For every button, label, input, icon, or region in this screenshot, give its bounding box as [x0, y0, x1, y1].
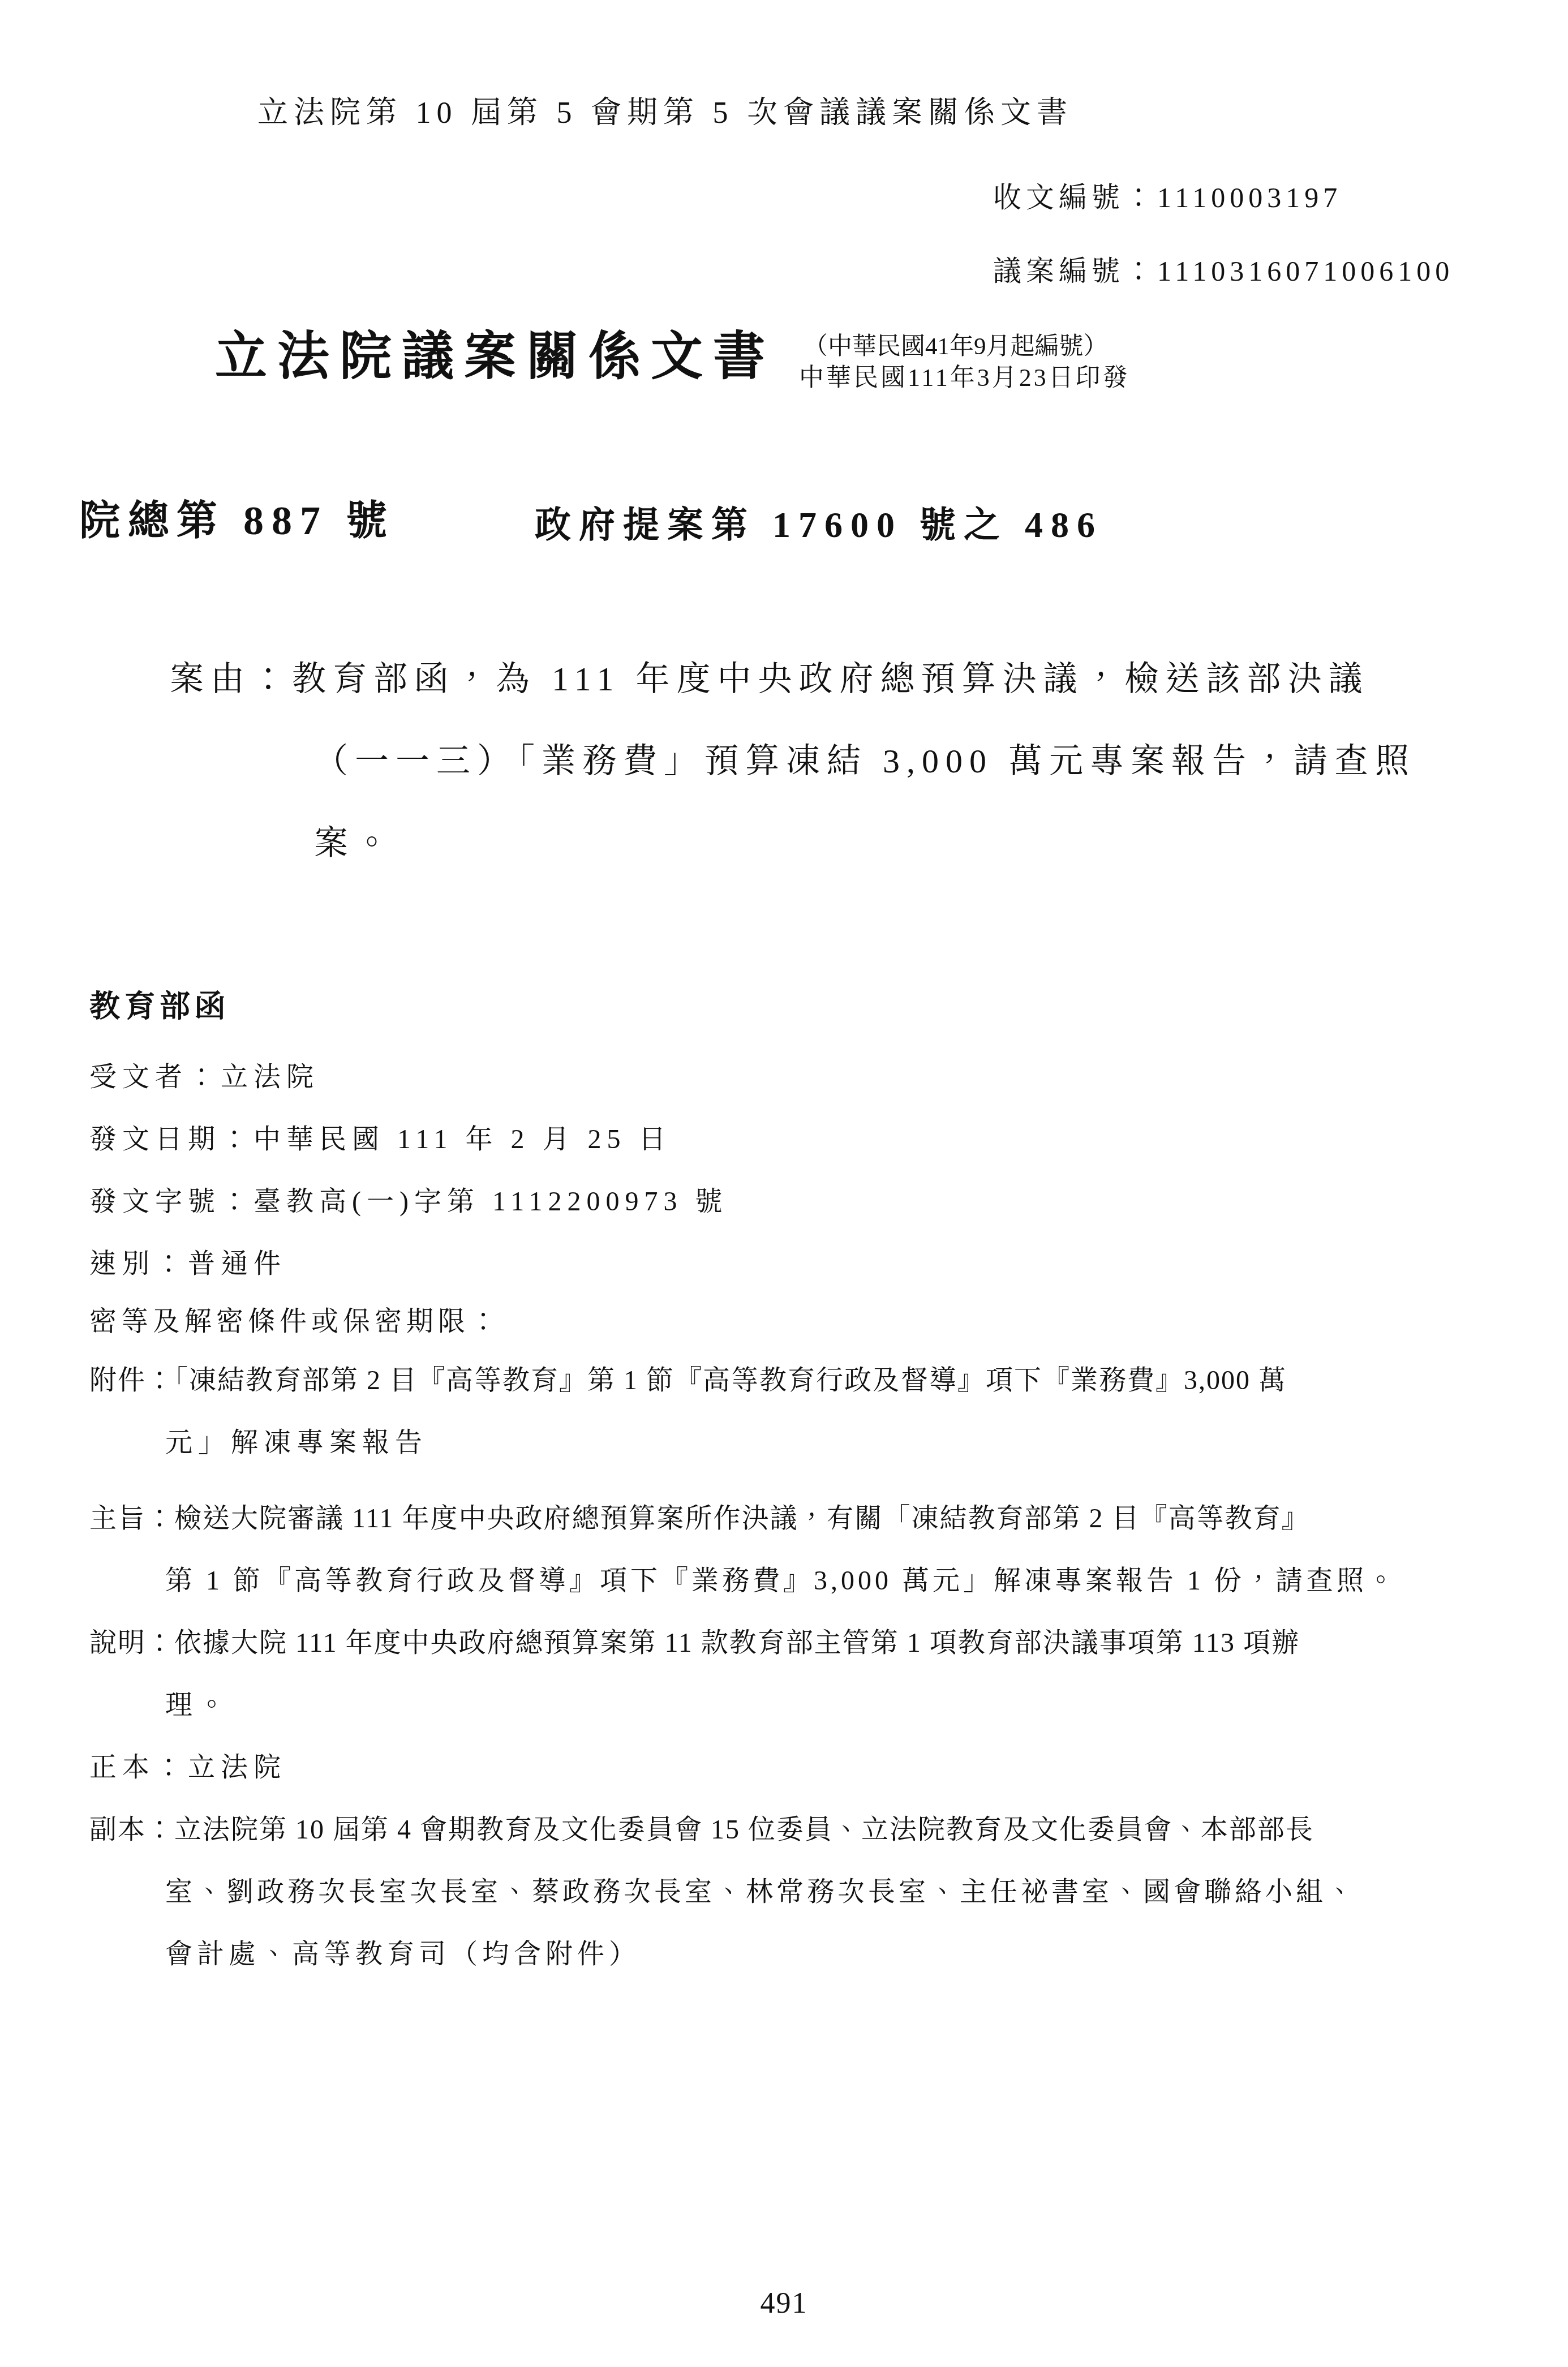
letter-explanation-line2: 理。: [165, 1690, 231, 1722]
letter-heading: 教育部函: [89, 989, 230, 1025]
letter-subject-line2: 第 1 節『高等教育行政及督導』項下『業務費』3,000 萬元」解凍專案報告 1…: [165, 1565, 1398, 1597]
letter-attachment-line2: 元」解凍專案報告: [165, 1427, 428, 1459]
document-title: 立法院議案關係文書: [215, 326, 775, 388]
case-summary-line1: 案由：教育部函，為 111 年度中央政府總預算決議，檢送該部決議: [170, 659, 1369, 699]
letter-recipient: 受文者：立法院: [89, 1062, 319, 1094]
letter-reference-number: 發文字號：臺教高(一)字第 1112200973 號: [89, 1186, 728, 1218]
letter-priority: 速別：普通件: [89, 1248, 286, 1281]
case-summary-line2: （一一三）「業務費」預算凍結 3,000 萬元專案報告，請查照: [314, 741, 1416, 781]
letter-security-class: 密等及解密條件或保密期限：: [89, 1306, 501, 1338]
letter-explanation-line1: 說明：依據大院 111 年度中央政府總預算案第 11 款教育部主管第 1 項教育…: [89, 1627, 1300, 1660]
proposal-number: 政府提案第 17600 號之 486: [535, 504, 1103, 547]
case-summary-line3: 案。: [314, 823, 396, 864]
receipt-number: 收文編號：1110003197: [993, 181, 1342, 214]
page-number: 491: [0, 2286, 1568, 2321]
letter-attachment-line1: 附件：「凍結教育部第 2 目『高等教育』第 1 節『高等教育行政及督導』項下『業…: [89, 1365, 1287, 1397]
letter-subject-line1: 主旨：檢送大院審議 111 年度中央政府總預算案所作決議，有關「凍結教育部第 2…: [89, 1503, 1309, 1535]
docket-number: 院總第 887 號: [79, 497, 395, 545]
letter-cc-line1: 副本：立法院第 10 屆第 4 會期教育及文化委員會 15 位委員、立法院教育及…: [89, 1814, 1314, 1846]
bill-number: 議案編號：1110316071006100: [993, 255, 1454, 288]
letter-cc-line2: 室、劉政務次長室次長室、蔡政務次長室、林常務次長室、主任祕書室、國會聯絡小組、: [165, 1876, 1357, 1909]
letter-issue-date: 發文日期：中華民國 111 年 2 月 25 日: [89, 1124, 671, 1156]
title-note-print-date: 中華民國111年3月23日印發: [799, 363, 1130, 393]
scanned-document-page: 立法院第 10 屆第 5 會期第 5 次會議議案關係文書 收文編號：111000…: [0, 0, 1568, 2367]
letter-cc-line3: 會計處、高等教育司（均含附件）: [165, 1939, 641, 1971]
letter-original-copy: 正本：立法院: [89, 1752, 286, 1784]
title-note-numbering: （中華民國41年9月起編號）: [804, 333, 1108, 362]
session-header: 立法院第 10 屆第 5 會期第 5 次會議議案關係文書: [257, 95, 1073, 131]
